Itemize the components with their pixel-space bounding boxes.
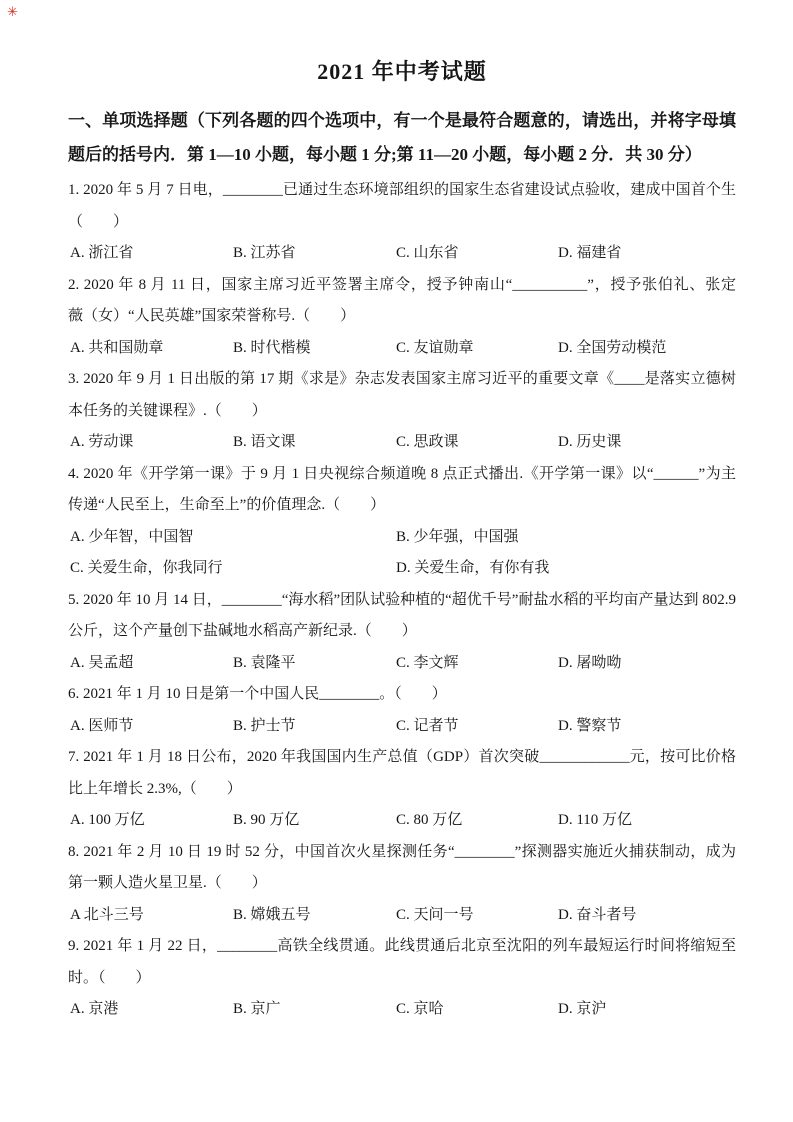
option-item: A 北斗三号 <box>70 900 144 932</box>
option-item: C. 友谊勋章 <box>396 333 474 365</box>
question-block: 2. 2020 年 8 月 11 日，国家主席习近平签署主席令，授予钟南山“__… <box>68 270 736 365</box>
section-heading: 一、单项选择题（下列各题的四个选项中，有一个是最符合题意的，请选出，并将字母填入… <box>68 104 736 172</box>
option-item: B. 江苏省 <box>233 238 296 270</box>
question-stem-line: 本任务的关键课程》.（ ） <box>68 396 736 428</box>
questions-list: 1. 2020 年 5 月 7 日电，________已通过生态环境部组织的国家… <box>68 175 736 1026</box>
option-item: D. 110 万亿 <box>558 805 632 837</box>
question-block: 3. 2020 年 9 月 1 日出版的第 17 期《求是》杂志发表国家主席习近… <box>68 364 736 459</box>
option-item: B. 语文课 <box>233 427 296 459</box>
question-stem-line: 1. 2020 年 5 月 7 日电，________已通过生态环境部组织的国家… <box>68 175 736 207</box>
option-item: A. 劳动课 <box>70 427 133 459</box>
question-stem-line: 3. 2020 年 9 月 1 日出版的第 17 期《求是》杂志发表国家主席习近… <box>68 364 736 396</box>
question-stem-line: 公斤，这个产量创下盐碱地水稻高产新纪录.（ ） <box>68 616 736 648</box>
option-item: C. 80 万亿 <box>396 805 462 837</box>
option-item: C. 天问一号 <box>396 900 474 932</box>
options-row: A. 100 万亿B. 90 万亿C. 80 万亿D. 110 万亿 <box>68 805 736 837</box>
option-item: D. 警察节 <box>558 711 621 743</box>
question-stem-line: 时。（ ） <box>68 963 736 995</box>
question-block: 1. 2020 年 5 月 7 日电，________已通过生态环境部组织的国家… <box>68 175 736 270</box>
question-stem-line: （ ） <box>68 207 736 239</box>
options-row: A. 共和国勋章B. 时代楷模C. 友谊勋章D. 全国劳动模范 <box>68 333 736 365</box>
options-row: A. 医师节B. 护士节C. 记者节D. 警察节 <box>68 711 736 743</box>
exam-page: 2021 年中考试题 一、单项选择题（下列各题的四个选项中，有一个是最符合题意的… <box>0 56 793 1026</box>
option-item: B. 90 万亿 <box>233 805 299 837</box>
question-block: 4. 2020 年《开学第一课》于 9 月 1 日央视综合频道晚 8 点正式播出… <box>68 459 736 585</box>
section-heading-line-2: 题后的括号内．第 1—10 小题，每小题 1 分;第 11—20 小题，每小题 … <box>68 138 736 172</box>
option-item: C. 李文辉 <box>396 648 459 680</box>
option-item: A. 吴孟超 <box>70 648 133 680</box>
option-item: B. 京广 <box>233 994 281 1026</box>
options-row: C. 关爱生命，你我同行D. 关爱生命，有你有我 <box>68 553 736 585</box>
question-stem-line: 6. 2021 年 1 月 10 日是第一个中国人民________。（ ） <box>68 679 736 711</box>
question-block: 6. 2021 年 1 月 10 日是第一个中国人民________。（ ）A.… <box>68 679 736 742</box>
options-row: A. 少年智，中国智B. 少年强，中国强 <box>68 522 736 554</box>
option-item: D. 福建省 <box>558 238 621 270</box>
option-item: C. 思政课 <box>396 427 459 459</box>
question-stem-line: 第一颗人造火星卫星.（ ） <box>68 868 736 900</box>
options-row: A. 京港B. 京广C. 京哈D. 京沪 <box>68 994 736 1026</box>
options-row: A. 吴孟超B. 袁隆平C. 李文辉D. 屠呦呦 <box>68 648 736 680</box>
question-stem-line: 传递“人民至上，生命至上”的价值理念.（ ） <box>68 490 736 522</box>
option-item: B. 嫦娥五号 <box>233 900 311 932</box>
question-stem-line: 5. 2020 年 10 月 14 日，________“海水稻”团队试验种植的… <box>68 585 736 617</box>
option-item: A. 100 万亿 <box>70 805 145 837</box>
question-block: 8. 2021 年 2 月 10 日 19 时 52 分，中国首次火星探测任务“… <box>68 837 736 932</box>
option-item: D. 京沪 <box>558 994 606 1026</box>
option-item: B. 袁隆平 <box>233 648 296 680</box>
option-item: A. 医师节 <box>70 711 133 743</box>
question-block: 5. 2020 年 10 月 14 日，________“海水稻”团队试验种植的… <box>68 585 736 680</box>
question-stem-line: 4. 2020 年《开学第一课》于 9 月 1 日央视综合频道晚 8 点正式播出… <box>68 459 736 491</box>
options-row: A 北斗三号B. 嫦娥五号C. 天问一号D. 奋斗者号 <box>68 900 736 932</box>
option-item: A. 共和国勋章 <box>70 333 163 365</box>
question-block: 7. 2021 年 1 月 18 日公布，2020 年我国国内生产总值（GDP）… <box>68 742 736 837</box>
options-row: A. 浙江省B. 江苏省C. 山东省D. 福建省 <box>68 238 736 270</box>
option-item: C. 关爱生命，你我同行 <box>70 553 223 585</box>
option-item: B. 时代楷模 <box>233 333 311 365</box>
question-block: 9. 2021 年 1 月 22 日，________高铁全线贯通。此线贯通后北… <box>68 931 736 1026</box>
question-stem-line: 7. 2021 年 1 月 18 日公布，2020 年我国国内生产总值（GDP）… <box>68 742 736 774</box>
question-stem-line: 薇（女）“人民英雄”国家荣誉称号.（ ） <box>68 301 736 333</box>
page-title: 2021 年中考试题 <box>68 56 736 88</box>
option-item: D. 全国劳动模范 <box>558 333 666 365</box>
question-stem-line: 9. 2021 年 1 月 22 日，________高铁全线贯通。此线贯通后北… <box>68 931 736 963</box>
option-item: B. 少年强，中国强 <box>396 522 519 554</box>
question-stem-line: 2. 2020 年 8 月 11 日，国家主席习近平签署主席令，授予钟南山“__… <box>68 270 736 302</box>
option-item: C. 山东省 <box>396 238 459 270</box>
option-item: C. 记者节 <box>396 711 459 743</box>
option-item: A. 少年智，中国智 <box>70 522 193 554</box>
option-item: C. 京哈 <box>396 994 444 1026</box>
option-item: D. 历史课 <box>558 427 621 459</box>
option-item: D. 关爱生命，有你有我 <box>396 553 549 585</box>
question-stem-line: 比上年增长 2.3%,（ ） <box>68 774 736 806</box>
option-item: D. 奋斗者号 <box>558 900 636 932</box>
option-item: B. 护士节 <box>233 711 296 743</box>
section-heading-line-1: 一、单项选择题（下列各题的四个选项中，有一个是最符合题意的，请选出，并将字母填入 <box>68 104 736 138</box>
question-stem-line: 8. 2021 年 2 月 10 日 19 时 52 分，中国首次火星探测任务“… <box>68 837 736 869</box>
option-item: D. 屠呦呦 <box>558 648 621 680</box>
option-item: A. 京港 <box>70 994 118 1026</box>
red-corner-mark-icon: ✳ <box>7 5 18 18</box>
option-item: A. 浙江省 <box>70 238 133 270</box>
options-row: A. 劳动课B. 语文课C. 思政课D. 历史课 <box>68 427 736 459</box>
